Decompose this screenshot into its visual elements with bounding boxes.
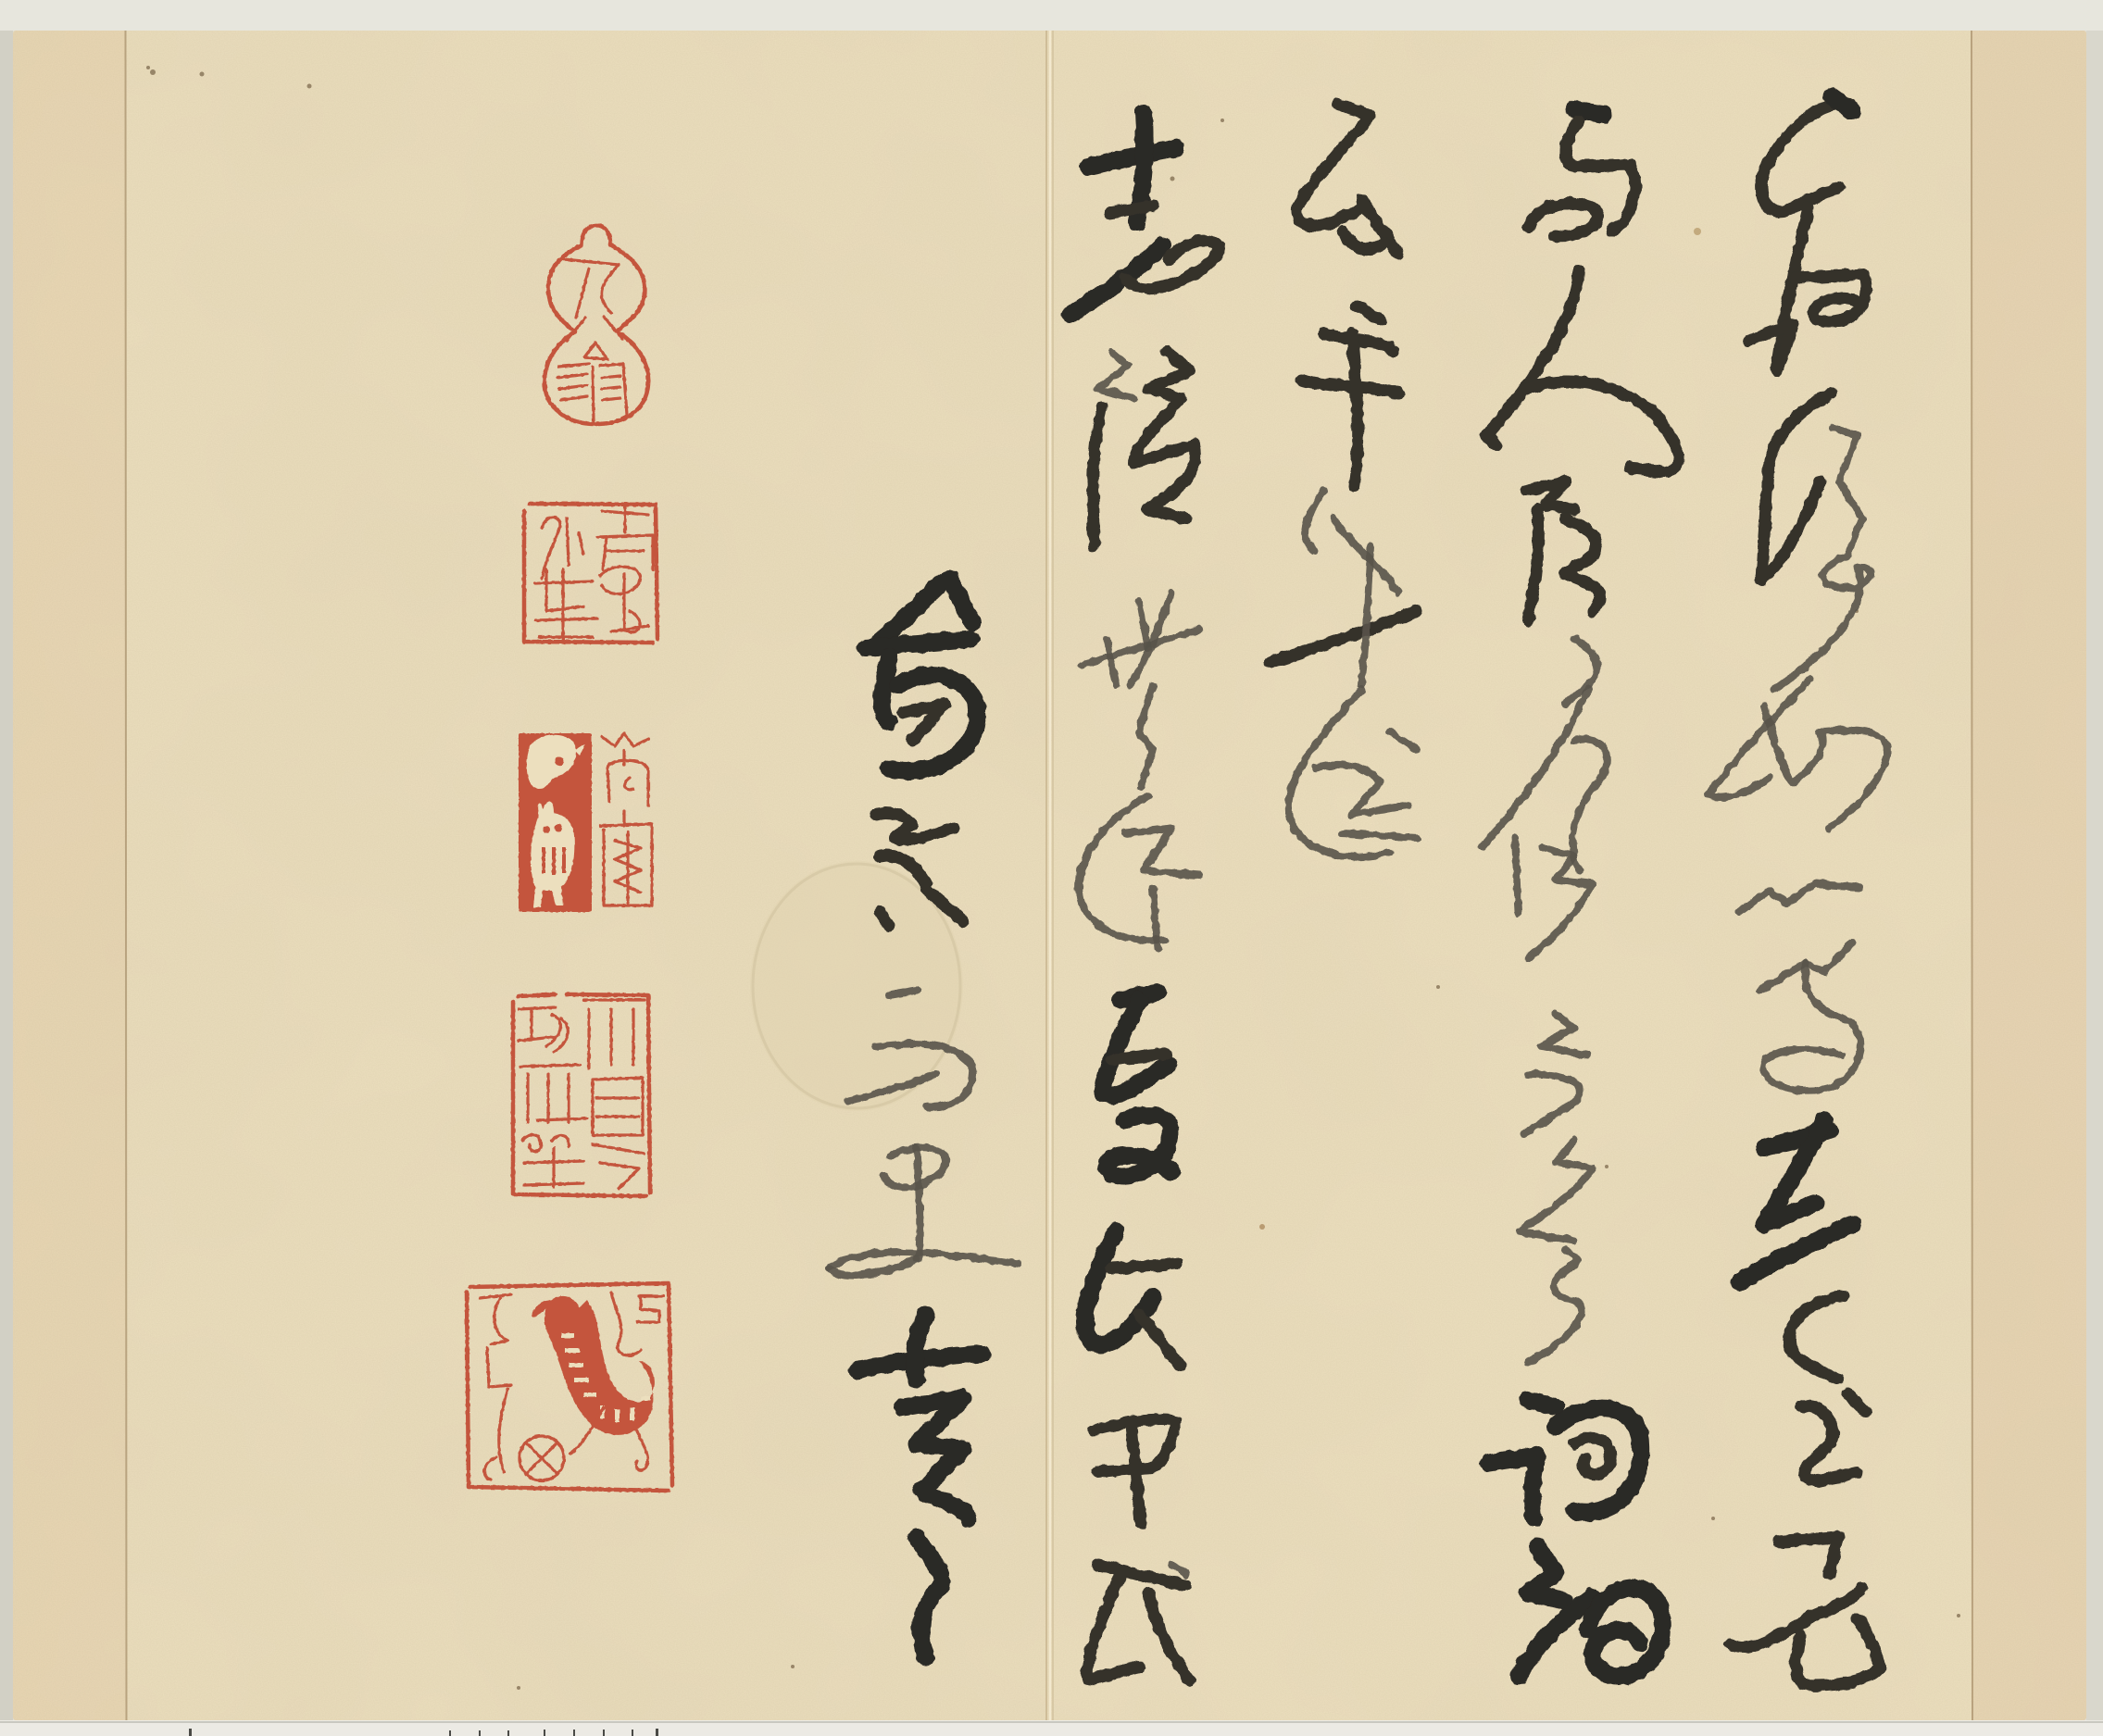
left-mount-seam — [126, 31, 127, 1720]
right-mount-seam — [1972, 31, 1972, 1720]
album-leaf-photo: 乍 梅 修 為 高 — [0, 0, 2103, 1736]
album-leaf — [13, 31, 2086, 1720]
